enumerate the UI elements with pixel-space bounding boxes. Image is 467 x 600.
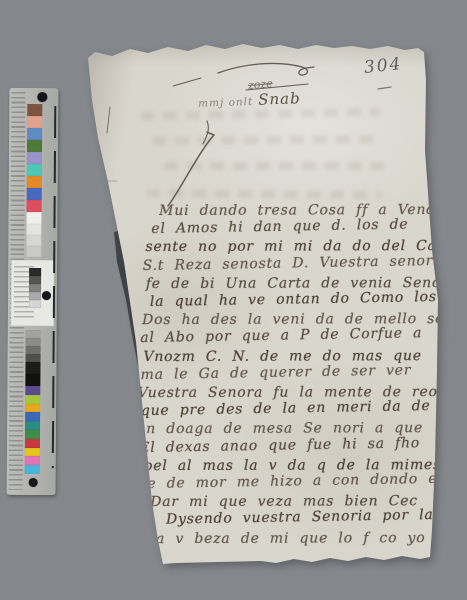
color-patch — [25, 362, 40, 374]
light-gray-ramp — [26, 224, 41, 257]
manuscript-line: oria v beza de mi que lo f co yo de — [134, 530, 455, 549]
color-patch — [27, 116, 42, 128]
color-patch — [29, 284, 41, 292]
manuscript-line: ma le Ga de querer de ser ver — [140, 362, 411, 385]
color-patch — [27, 188, 42, 200]
color-patch — [25, 421, 40, 430]
manuscript-page: 304 zoze mmj onltSnab Mui dando tresa Co… — [80, 40, 448, 572]
color-patch — [29, 268, 41, 276]
color-patch — [27, 176, 42, 188]
lower-color-patches — [25, 386, 41, 474]
manuscript-line: he Dysendo vuestra Senoria por la re — [137, 507, 461, 531]
mini-gray-ramp — [29, 268, 41, 308]
color-patch — [25, 395, 40, 404]
strip-edge-dashes — [51, 106, 56, 468]
manuscript-page-wrap: 304 zoze mmj onltSnab Mui dando tresa Co… — [80, 40, 448, 572]
color-patch — [29, 300, 41, 308]
color-patch — [29, 292, 41, 300]
color-patch — [25, 439, 40, 448]
dark-gray-ramp — [26, 330, 41, 362]
color-patch — [29, 276, 41, 284]
black-patches — [25, 362, 40, 386]
upper-color-patches — [26, 104, 42, 224]
color-patch — [25, 374, 40, 386]
photo-stage: 304 zoze mmj onltSnab Mui dando tresa Co… — [0, 0, 467, 600]
manuscript-line: al Abo por que a P de Corfue a — [140, 326, 422, 349]
manuscript-line: el Amos hi dan que d. los de — [151, 217, 408, 239]
color-patch — [27, 200, 42, 212]
color-patch — [25, 430, 40, 439]
color-patch — [26, 246, 41, 257]
color-patch — [25, 465, 40, 474]
color-patch — [27, 140, 42, 152]
color-patch — [26, 330, 41, 338]
color-patch — [26, 354, 41, 362]
color-patch — [27, 128, 42, 140]
registration-dot-middle — [42, 291, 51, 300]
color-patch — [27, 164, 42, 176]
color-patch — [27, 152, 42, 164]
color-patch — [26, 346, 41, 354]
color-patch — [26, 235, 41, 246]
color-patch — [26, 212, 41, 224]
manuscript-text: Mui dando tresa Cosa ff a Vendel Amos hi… — [78, 38, 451, 573]
color-patch — [25, 386, 40, 395]
registration-dot-top — [37, 92, 47, 102]
color-patch — [25, 412, 40, 421]
color-patch — [25, 404, 40, 413]
registration-dot-bottom — [29, 478, 38, 487]
color-patch — [26, 224, 41, 235]
color-patch — [25, 448, 40, 457]
color-patch — [27, 104, 42, 116]
color-patch — [25, 456, 40, 465]
color-calibration-strip — [7, 88, 59, 495]
color-patch — [26, 338, 41, 346]
